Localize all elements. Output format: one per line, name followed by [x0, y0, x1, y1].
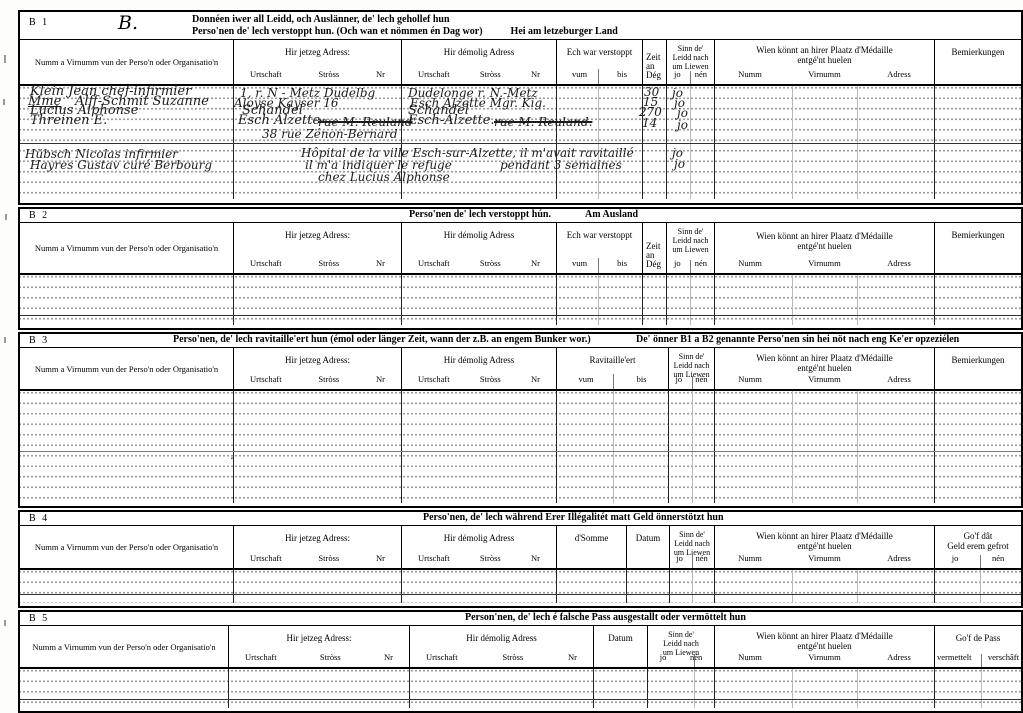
b3-col-bemierkungen: Bemierkungen: [935, 348, 1021, 389]
gof-geld-label-line1: Go'f dât: [935, 531, 1021, 541]
virnumm-label: Virnumm: [808, 258, 841, 268]
jo-label: jo: [952, 553, 959, 563]
b5-col-gof-pass: Go'f de Pass vermetteltverschâft: [935, 626, 1021, 667]
b5-col-sinn: Sinn de'Leidd nachum Liewen jonén: [648, 626, 715, 667]
b3-column-headers: Numm a Virnumm vun der Perso'n oder Orga…: [20, 348, 1021, 391]
nr-label: Nr: [531, 258, 540, 268]
b5-column-headers: Numm a Virnumm vun der Perso'n oder Orga…: [20, 626, 1021, 669]
gof-pass-label: Go'f de Pass: [935, 633, 1021, 643]
b4-col-gof-geld: Go'f dâtGeld erem gefrot jonén: [935, 526, 1021, 568]
stross-label: Stròss: [320, 652, 341, 662]
handwritten-entry: 38 rue Zénon-Bernard: [262, 128, 398, 140]
handwritten-jo: jo: [677, 119, 688, 131]
sinn-label: Sinn de': [670, 530, 714, 539]
b1-title-line2: Perso'nen de' lech verstoppt hun. (Och w…: [192, 26, 483, 37]
handwritten-entry: Threinen E.: [30, 115, 107, 127]
numm-label: Numm: [738, 553, 762, 563]
col-name-label: Numm a Virnumm vun der Perso'n oder Orga…: [35, 243, 218, 253]
demolig-label: Hir démolig Adress: [410, 633, 593, 643]
urtschaft-label: Urtschaft: [250, 553, 282, 563]
b3-entries-area: .: [20, 391, 1021, 503]
section-b3: B 3 Perso'nen, de' lech ravitaille'ert h…: [18, 332, 1023, 508]
urtschaft-label: Urtschaft: [245, 652, 277, 662]
b1-col-verstoppt: Ech war verstoppt vumbis: [557, 40, 643, 84]
b2-col-sinn: Sinn de'Leidd nachum Liewen jonén: [667, 223, 715, 273]
b4-col-demolig-adress: Hir démolig Adress UrtschaftStròssNr: [402, 526, 557, 568]
nr-label: Nr: [376, 553, 385, 563]
b3-col-wien: Wien könnt an hirer Plaatz d'Médailleent…: [715, 348, 935, 389]
b4-col-somme: d'Somme: [557, 526, 627, 568]
b2-col-jetzeg-adress: Hir jetzeg Adress: UrtschaftStròssNr: [234, 223, 402, 273]
urtschaft-label: Urtschaft: [250, 258, 282, 268]
b1-col-zeit: ZeitanDég: [643, 40, 667, 84]
b5-title-row: B 5 Person'nen, de' lech é falsche Pass …: [20, 612, 1021, 626]
virnumm-label: Virnumm: [808, 652, 841, 662]
b4-col-name: Numm a Virnumm vun der Perso'n oder Orga…: [20, 526, 234, 568]
b3-col-name: Numm a Virnumm vun der Perso'n oder Orga…: [20, 348, 234, 389]
urtschaft-label: Urtschaft: [418, 374, 450, 384]
resistance-questionnaire-form: B 1 B. Donnéen iwer all Leidd, och Auslä…: [18, 10, 1023, 713]
sinn-label: um Liewen: [667, 245, 714, 254]
b1-col-name: Numm a Virnumm vun der Perso'n oder Orga…: [20, 40, 234, 84]
col-name-label: Numm a Virnumm vun der Perso'n oder Orga…: [35, 364, 218, 374]
bis-label: bis: [637, 374, 647, 384]
b5-col-datum: Datum: [594, 626, 648, 667]
b1-script-letter: B.: [118, 12, 138, 34]
nr-label: Nr: [531, 374, 540, 384]
b1-col-bemierkungen: Bemierkungen: [935, 40, 1021, 84]
stross-label: Stròss: [480, 69, 501, 79]
jo-label: jo: [674, 258, 681, 268]
b2-col-zeit: ZeitanDég: [643, 223, 667, 273]
b5-col-wien: Wien könnt an hirer Plaatz d'Médailleent…: [715, 626, 935, 667]
demolig-label: Hir démolig Adress: [402, 230, 556, 240]
urtschaft-label: Urtschaft: [426, 652, 458, 662]
handwritten-entry-struck: rue M. Reuland.: [494, 116, 592, 128]
stross-label: Stròss: [502, 652, 523, 662]
b2-entries-area: [20, 275, 1021, 325]
virnumm-label: Virnumm: [808, 69, 841, 79]
numm-label: Numm: [738, 258, 762, 268]
wien-label-line2: entgé'nt huelen: [715, 55, 934, 65]
wien-label-line2: entgé'nt huelen: [715, 541, 934, 551]
jetzeg-label: Hir jetzeg Adress:: [234, 47, 401, 57]
b3-title-part1: Perso'nen, de' lech ravitaille'ert hun (…: [173, 334, 591, 345]
scanned-form-page: { "labels": { "name_col": "Numm a Virnum…: [0, 0, 1023, 713]
b4-label: B 4: [29, 513, 49, 524]
b4-col-wien: Wien könnt an hirer Plaatz d'Médailleent…: [715, 526, 935, 568]
nr-label: Nr: [531, 69, 540, 79]
scan-artifact: [4, 620, 6, 626]
verstoppt-label: Ech war verstoppt: [557, 47, 642, 57]
verstoppt-label: Ech war verstoppt: [557, 230, 642, 240]
ravitailleert-label: Ravitaille'ert: [557, 355, 668, 365]
section-b2: B 2 Perso'nen de' lech verstoppt hún. Am…: [18, 207, 1023, 330]
nr-label: Nr: [376, 374, 385, 384]
handwritten-entry: Esch Alzette: [238, 115, 320, 127]
b2-col-name: Numm a Virnumm vun der Perso'n oder Orga…: [20, 223, 234, 273]
adress-label: Adress: [887, 374, 911, 384]
b5-title: Person'nen, de' lech é falsche Pass ausg…: [465, 612, 746, 623]
b1-col-jetzeg-adress: Hir jetzeg Adress: UrtschaftStròssNr: [234, 40, 402, 84]
jo-label: jo: [676, 374, 683, 384]
jetzeg-label: Hir jetzeg Adress:: [234, 230, 401, 240]
zeit-label: Dég: [646, 71, 661, 80]
col-name-label: Numm a Virnumm vun der Perso'n oder Orga…: [32, 642, 215, 652]
b3-title-row: B 3 Perso'nen, de' lech ravitaille'ert h…: [20, 334, 1021, 348]
sinn-label: Leidd nach: [648, 639, 714, 648]
datum-label: Datum: [627, 533, 669, 543]
jo-label: jo: [674, 69, 681, 79]
b2-col-wien: Wien könnt an hirer Plaatz d'Médailleent…: [715, 223, 935, 273]
b5-col-name: Numm a Virnumm vun der Perso'n oder Orga…: [20, 626, 229, 667]
b2-title: Perso'nen de' lech verstoppt hún.: [409, 209, 551, 220]
nr-label: Nr: [568, 652, 577, 662]
jo-label: jo: [676, 553, 683, 563]
adress-label: Adress: [887, 652, 911, 662]
b3-col-jetzeg-adress: Hir jetzeg Adress: UrtschaftStròssNr: [234, 348, 402, 389]
numm-label: Numm: [738, 652, 762, 662]
b2-col-bemierkungen: Bemierkungen: [935, 223, 1021, 273]
verschaft-label: verschâft: [988, 652, 1019, 662]
b2-label: B 2: [29, 210, 49, 221]
b1-title-line1: Donnéen iwer all Leidd, och Auslänner, d…: [192, 14, 618, 26]
b4-col-datum: Datum: [627, 526, 670, 568]
b4-col-jetzeg-adress: Hir jetzeg Adress: UrtschaftStròssNr: [234, 526, 402, 568]
nr-label: Nr: [531, 553, 540, 563]
wien-label-line1: Wien könnt an hirer Plaatz d'Médaille: [715, 631, 934, 641]
b4-col-sinn: Sinn de'Leidd nachum Liewen jonén: [670, 526, 715, 568]
nen-label: nén: [690, 652, 702, 662]
stross-label: Stròss: [318, 374, 339, 384]
section-b5: B 5 Person'nen, de' lech é falsche Pass …: [18, 610, 1023, 713]
demolig-label: Hir démolig Adress: [402, 533, 556, 543]
vermettelt-label: vermettelt: [937, 652, 971, 662]
demolig-label: Hir démolig Adress: [402, 47, 556, 57]
urtschaft-label: Urtschaft: [418, 69, 450, 79]
numm-label: Numm: [738, 374, 762, 384]
col-name-label: Numm a Virnumm vun der Perso'n oder Orga…: [35, 57, 218, 67]
virnumm-label: Virnumm: [808, 374, 841, 384]
b1-title: Donnéen iwer all Leidd, och Auslänner, d…: [192, 14, 618, 38]
handwritten-mark: .: [230, 449, 234, 461]
vum-label: vum: [578, 374, 593, 384]
bemierkungen-label: Bemierkungen: [935, 47, 1021, 57]
stross-label: Stròss: [318, 69, 339, 79]
stross-label: Stròss: [480, 258, 501, 268]
jetzeg-label: Hir jetzeg Adress:: [234, 355, 401, 365]
scan-artifact: [5, 214, 7, 220]
b5-col-jetzeg-adress: Hir jetzeg Adress: UrtschaftStròssNr: [229, 626, 410, 667]
nen-label: nén: [695, 553, 707, 563]
b3-col-sinn: Sinn de'Leidd nachum Liewen jonén: [669, 348, 715, 389]
section-b4: B 4 Perso'nen, de' lech während Erer Ill…: [18, 510, 1023, 608]
b1-entries-area: Klein Jean chef-infirmier Mme Alff-Schmi…: [20, 86, 1021, 199]
b1-col-sinn: Sinn de'Leidd nachum Liewen jonén: [667, 40, 715, 84]
b2-column-headers: Numm a Virnumm vun der Perso'n oder Orga…: [20, 223, 1021, 275]
b3-col-ravitailleert: Ravitaille'ert vumbis: [557, 348, 669, 389]
demolig-label: Hir démolig Adress: [402, 355, 556, 365]
b4-column-headers: Numm a Virnumm vun der Perso'n oder Orga…: [20, 526, 1021, 570]
bis-label: bis: [617, 69, 627, 79]
scan-artifact: [4, 337, 6, 343]
stross-label: Stròss: [480, 374, 501, 384]
nr-label: Nr: [384, 652, 393, 662]
jo-label: jo: [660, 652, 667, 662]
b3-label: B 3: [29, 335, 49, 346]
bemierkungen-label: Bemierkungen: [935, 230, 1021, 240]
section-b1: B 1 B. Donnéen iwer all Leidd, och Auslä…: [18, 10, 1023, 205]
b2-col-demolig-adress: Hir démolig Adress UrtschaftStròssNr: [402, 223, 557, 273]
handwritten-entry: Esch-Alzette.: [408, 115, 495, 127]
scan-artifact: [4, 55, 6, 63]
b4-entries-area: [20, 570, 1021, 603]
nen-label: nén: [695, 69, 707, 79]
jetzeg-label: Hir jetzeg Adress:: [234, 533, 401, 543]
stross-label: Stròss: [318, 258, 339, 268]
wien-label-line1: Wien könnt an hirer Plaatz d'Médaille: [715, 353, 934, 363]
bemierkungen-label: Bemierkungen: [935, 355, 1021, 365]
b5-col-demolig-adress: Hir démolig Adress UrtschaftStròssNr: [410, 626, 594, 667]
sinn-label: Sinn de': [667, 44, 714, 53]
b4-title-row: B 4 Perso'nen, de' lech während Erer Ill…: [20, 512, 1021, 526]
sinn-label: Sinn de': [669, 352, 714, 361]
b1-title-right: Hei am letzeburger Land: [511, 26, 618, 37]
sinn-label: Sinn de': [667, 227, 714, 236]
nr-label: Nr: [376, 69, 385, 79]
wien-label-line2: entgé'nt huelen: [715, 363, 934, 373]
b4-title: Perso'nen, de' lech während Erer Illégal…: [423, 512, 724, 523]
urtschaft-label: Urtschaft: [418, 553, 450, 563]
urtschaft-label: Urtschaft: [250, 69, 282, 79]
stross-label: Stròss: [480, 553, 501, 563]
adress-label: Adress: [887, 258, 911, 268]
wien-label-line1: Wien könnt an hirer Plaatz d'Médaille: [715, 531, 934, 541]
b2-title-row: B 2 Perso'nen de' lech verstoppt hún. Am…: [20, 209, 1021, 223]
urtschaft-label: Urtschaft: [418, 258, 450, 268]
b5-entries-area: [20, 669, 1021, 708]
b2-col-verstoppt: Ech war verstoppt vumbis: [557, 223, 643, 273]
adress-label: Adress: [887, 553, 911, 563]
sinn-label: Leidd nach: [670, 539, 714, 548]
sinn-label: Sinn de': [648, 630, 714, 639]
nen-label: nén: [695, 258, 707, 268]
handwritten-jo: jo: [674, 158, 685, 170]
b1-col-demolig-adress: Hir démolig Adress UrtschaftStròssNr: [402, 40, 557, 84]
somme-label: d'Somme: [557, 533, 626, 543]
urtschaft-label: Urtschaft: [250, 374, 282, 384]
b1-title-row: B 1 B. Donnéen iwer all Leidd, och Auslä…: [20, 12, 1021, 40]
nr-label: Nr: [376, 258, 385, 268]
b1-label: B 1: [29, 17, 49, 28]
wien-label-line2: entgé'nt huelen: [715, 641, 934, 651]
wien-label-line1: Wien könnt an hirer Plaatz d'Médaille: [715, 45, 934, 55]
b1-column-headers: Numm a Virnumm vun der Perso'n oder Orga…: [20, 40, 1021, 86]
nen-label: nén: [695, 374, 707, 384]
bis-label: bis: [617, 258, 627, 268]
sinn-label: Leidd nach: [667, 53, 714, 62]
sinn-label: Leidd nach: [667, 236, 714, 245]
vum-label: vum: [572, 258, 587, 268]
gof-geld-label-line2: Geld erem gefrot: [935, 541, 1021, 551]
jetzeg-label: Hir jetzeg Adress:: [229, 633, 409, 643]
nen-label: nén: [992, 553, 1004, 563]
scan-artifact: [3, 99, 5, 105]
numm-label: Numm: [738, 69, 762, 79]
b5-label: B 5: [29, 613, 49, 624]
handwritten-days: 14: [642, 117, 657, 129]
sinn-label: Leidd nach: [669, 361, 714, 370]
b2-subtitle: Am Ausland: [585, 209, 638, 220]
b3-title-part2: De' önner B1 a B2 genannte Perso'nen sin…: [636, 334, 959, 345]
adress-label: Adress: [887, 69, 911, 79]
zeit-label: Dég: [646, 260, 661, 269]
virnumm-label: Virnumm: [808, 553, 841, 563]
handwritten-note: pendant 3 semaines: [500, 159, 622, 171]
vum-label: vum: [572, 69, 587, 79]
b1-col-wien: Wien könnt an hirer Plaatz d'Médailleent…: [715, 40, 935, 84]
wien-label-line2: entgé'nt huelen: [715, 241, 934, 251]
col-name-label: Numm a Virnumm vun der Perso'n oder Orga…: [35, 542, 218, 552]
handwritten-note: chez Lucius Alphonse: [318, 171, 450, 183]
wien-label-line1: Wien könnt an hirer Plaatz d'Médaille: [715, 231, 934, 241]
handwritten-entry: Hayres Gustav curé Berbourg: [30, 159, 212, 171]
stross-label: Stròss: [318, 553, 339, 563]
datum-label: Datum: [594, 633, 647, 643]
b3-col-demolig-adress: Hir démolig Adress UrtschaftStròssNr: [402, 348, 557, 389]
